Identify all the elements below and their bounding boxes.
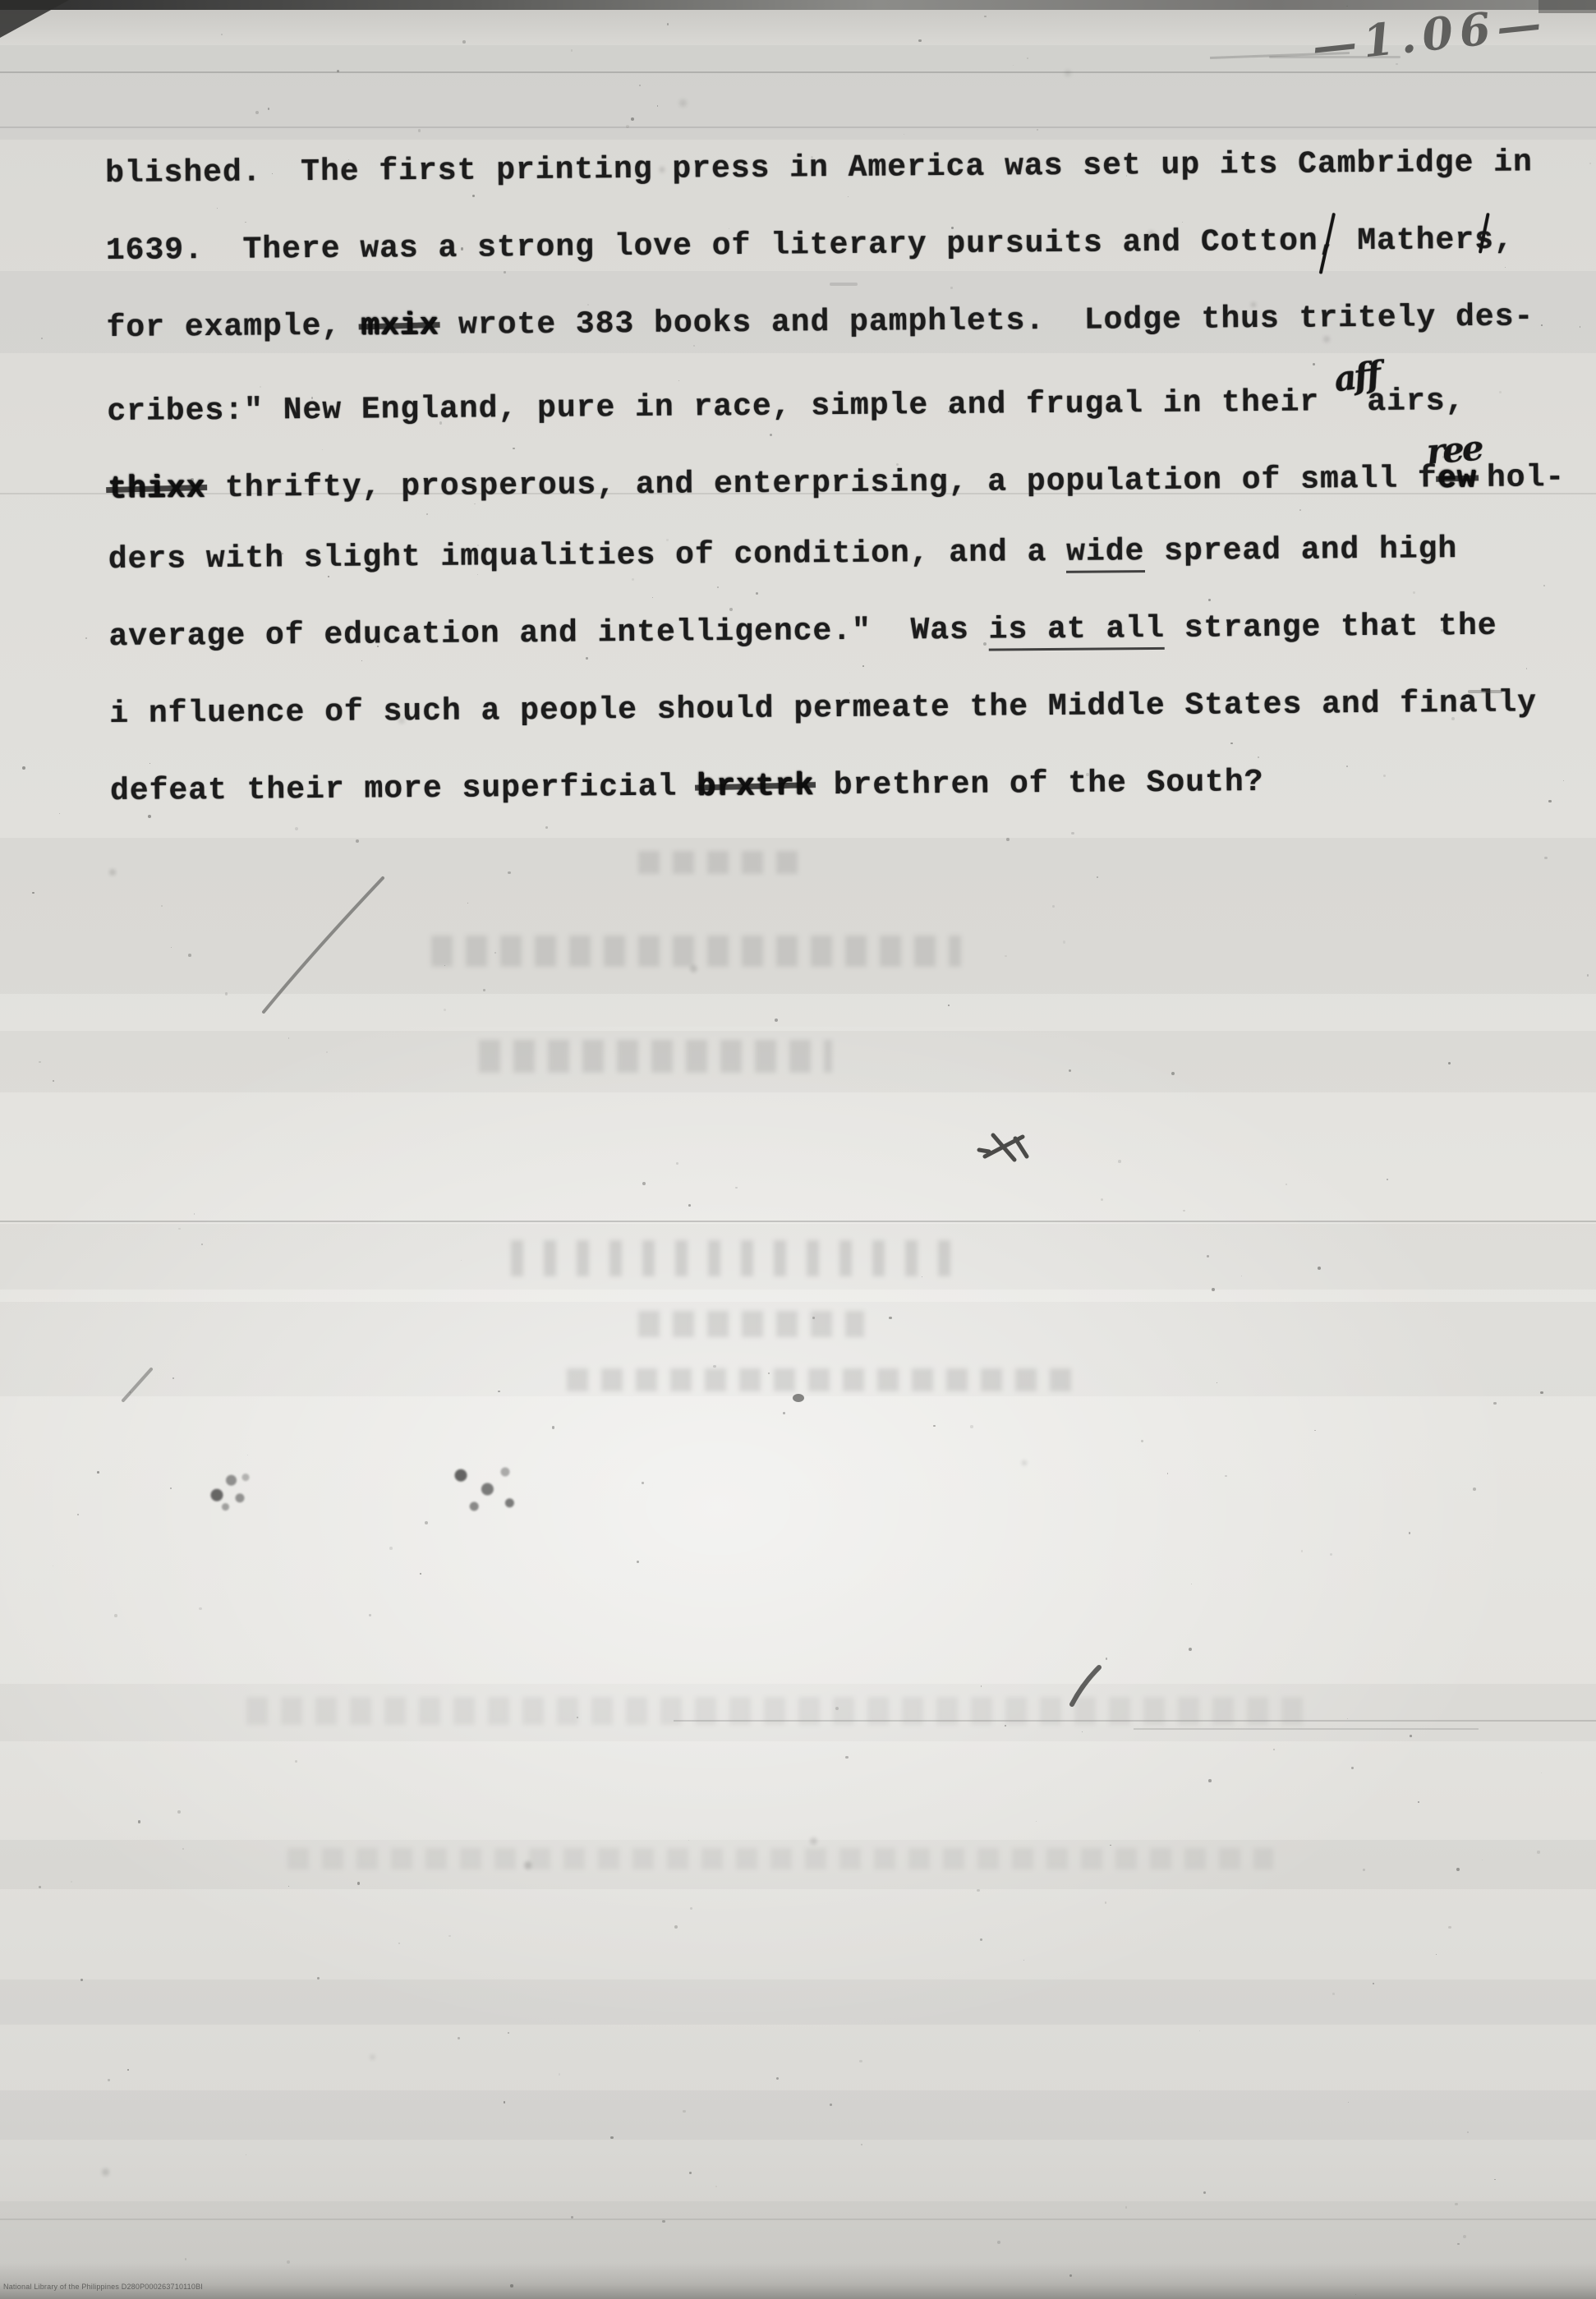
paper-speck — [1589, 163, 1591, 164]
paper-speck — [85, 637, 87, 639]
paper-speck — [918, 39, 921, 42]
paper-speck — [1037, 129, 1038, 131]
paper-stain-spot — [102, 2168, 109, 2176]
typed-text: blished. The first printing press in Ame… — [105, 145, 1533, 191]
ink-blot — [439, 1455, 527, 1524]
typed-text: for example, — [106, 309, 361, 346]
paper-speck — [268, 108, 270, 110]
paper-speck — [462, 40, 466, 44]
typed-line: i nfluence of such a people should perme… — [109, 685, 1567, 774]
paper-speck — [246, 2154, 246, 2155]
scan-light-patch — [0, 1027, 1596, 2094]
paper-speck — [483, 989, 485, 991]
paper-speck — [1005, 955, 1006, 957]
ghost-text-smudge — [246, 1697, 1314, 1725]
typed-text: thrifty, prosperous, and enterprising, a… — [205, 461, 1437, 506]
paper-speck — [1463, 2235, 1466, 2238]
paper-speck — [508, 871, 510, 874]
typed-text: brethren of the South? — [814, 765, 1264, 803]
deleted-character: , — [1318, 223, 1338, 259]
paper-speck — [504, 2101, 505, 2103]
paper-speck — [255, 111, 259, 114]
paper-speck — [667, 23, 669, 25]
paper-speck — [1052, 905, 1055, 908]
paper-speck — [59, 813, 60, 814]
typed-line: blished. The first printing press in Ame… — [105, 145, 1563, 233]
typed-line: thixx thrifty, prosperous, and enterpris… — [108, 453, 1566, 542]
ghost-text-smudge — [431, 936, 961, 967]
paper-speck — [639, 85, 641, 86]
paper-stain — [793, 1394, 804, 1402]
typed-text: cribes:" New England, pure in race, simp… — [107, 384, 1339, 430]
typed-line: cribes:" New England, pure in race, simp… — [107, 376, 1565, 465]
bottom-scan-strip — [0, 2263, 1596, 2299]
scan-artifact-line — [0, 126, 1596, 128]
library-footer-label: National Library of the Philippines D280… — [3, 2283, 203, 2291]
paper-speck — [1348, 2102, 1349, 2103]
paper-speck — [610, 2136, 613, 2139]
paper-speck — [830, 2104, 832, 2106]
paper-speck — [188, 954, 191, 957]
paper-stain — [1269, 56, 1401, 58]
typed-text: airs, — [1367, 384, 1465, 420]
paper-speck — [1063, 940, 1065, 943]
paper-speck — [1457, 2243, 1460, 2246]
paper-speck — [689, 2172, 692, 2174]
typed-line: defeat their more superficial brxtrk bre… — [110, 762, 1568, 851]
typed-text: Mather — [1337, 223, 1474, 259]
paper-speck — [1455, 2203, 1457, 2205]
ghost-text-smudge — [287, 1848, 1273, 1869]
struck-out-word: mxix — [361, 308, 439, 344]
paper-speck — [22, 766, 25, 770]
paper-speck — [948, 1005, 950, 1006]
paper-speck — [571, 49, 573, 51]
paper-stain-spot — [109, 869, 116, 876]
paper-speck — [32, 892, 34, 894]
pen-stroke-check — [264, 878, 383, 1012]
paper-speck — [1494, 2179, 1496, 2181]
struck-out-word: brxtrk — [697, 768, 814, 804]
paper-speck — [161, 905, 163, 907]
typed-text: wrote 383 books and pamphlets. Lodge thu… — [439, 299, 1534, 343]
paper-speck — [418, 129, 421, 131]
ink-blot — [200, 1460, 257, 1519]
ghost-text-smudge — [567, 1368, 1072, 1391]
paper-stain-spot — [679, 99, 686, 106]
typed-line: 1639. There was a strong love of literar… — [106, 222, 1564, 310]
paper-speck — [904, 134, 904, 135]
typed-text: average of education and intelligence." … — [108, 613, 988, 655]
paper-speck — [1013, 65, 1014, 66]
typed-paragraph: blished. The first printing press in Ame… — [105, 145, 1568, 851]
paper-speck — [683, 2110, 686, 2113]
paper-speck — [631, 117, 634, 121]
ghost-text-smudge — [511, 1240, 959, 1276]
paper-speck — [1125, 2206, 1128, 2209]
paper-stain — [1468, 690, 1502, 693]
paper-speck — [1203, 2191, 1206, 2194]
paper-speck — [225, 992, 228, 995]
dark-corner-top-right — [1539, 0, 1596, 13]
typed-text: spread and high — [1144, 531, 1457, 569]
paper-speck — [715, 2186, 718, 2188]
scanned-typescript-page: —1.06— blished. The first printing press… — [0, 0, 1596, 2299]
typed-text: defeat their more superficial — [110, 769, 697, 809]
typed-text: strange that the — [1165, 609, 1497, 646]
paper-speck — [662, 2220, 665, 2223]
typed-text: ders with slight imqualities of conditio… — [108, 535, 1067, 577]
typed-line: ders with slight imqualities of conditio… — [108, 531, 1566, 619]
paper-speck — [1467, 2131, 1468, 2132]
paper-stain — [830, 283, 858, 286]
paper-speck — [1580, 326, 1580, 327]
paper-speck — [1587, 974, 1589, 977]
paper-speck — [1027, 57, 1028, 59]
ghost-text-smudge — [479, 1040, 832, 1073]
paper-speck — [775, 1018, 778, 1022]
underlined-text: wide — [1066, 534, 1145, 573]
paper-speck — [861, 2144, 862, 2145]
typed-text: , — [1494, 223, 1514, 258]
scan-artifact-line — [0, 2219, 1596, 2220]
typed-line: average of education and intelligence." … — [108, 608, 1566, 697]
handwritten-insert: ree — [1425, 428, 1483, 472]
struck-out-word: thixx — [108, 471, 205, 507]
paper-speck — [444, 1009, 446, 1011]
paper-speck — [221, 34, 223, 35]
paper-speck — [171, 947, 172, 948]
deleted-character: s — [1474, 223, 1494, 258]
underlined-text: is at all — [989, 611, 1166, 651]
scan-shade-band — [0, 2090, 1596, 2140]
handwritten-insert: aff — [1332, 354, 1381, 400]
torn-top-edge — [0, 0, 1596, 10]
handwritten-page-number: —1.06— — [1310, 0, 1551, 73]
paper-speck — [657, 105, 658, 106]
paper-speck — [571, 2216, 573, 2219]
paper-speck — [185, 2258, 186, 2260]
paper-speck — [337, 70, 339, 72]
paper-speck — [997, 2241, 1000, 2244]
paper-stain-spot — [1065, 70, 1071, 76]
dark-corner-top-left — [0, 0, 69, 38]
paper-speck — [626, 125, 629, 128]
ghost-text-smudge — [638, 1311, 864, 1337]
paper-speck — [984, 16, 986, 17]
typed-text: hol- — [1487, 460, 1566, 496]
paper-speck — [467, 903, 468, 904]
paper-speck — [1544, 857, 1548, 860]
scan-artifact-line — [0, 71, 1596, 73]
paper-speck — [1097, 876, 1098, 878]
paper-speck — [41, 338, 42, 338]
ghost-text-smudge — [638, 851, 803, 874]
